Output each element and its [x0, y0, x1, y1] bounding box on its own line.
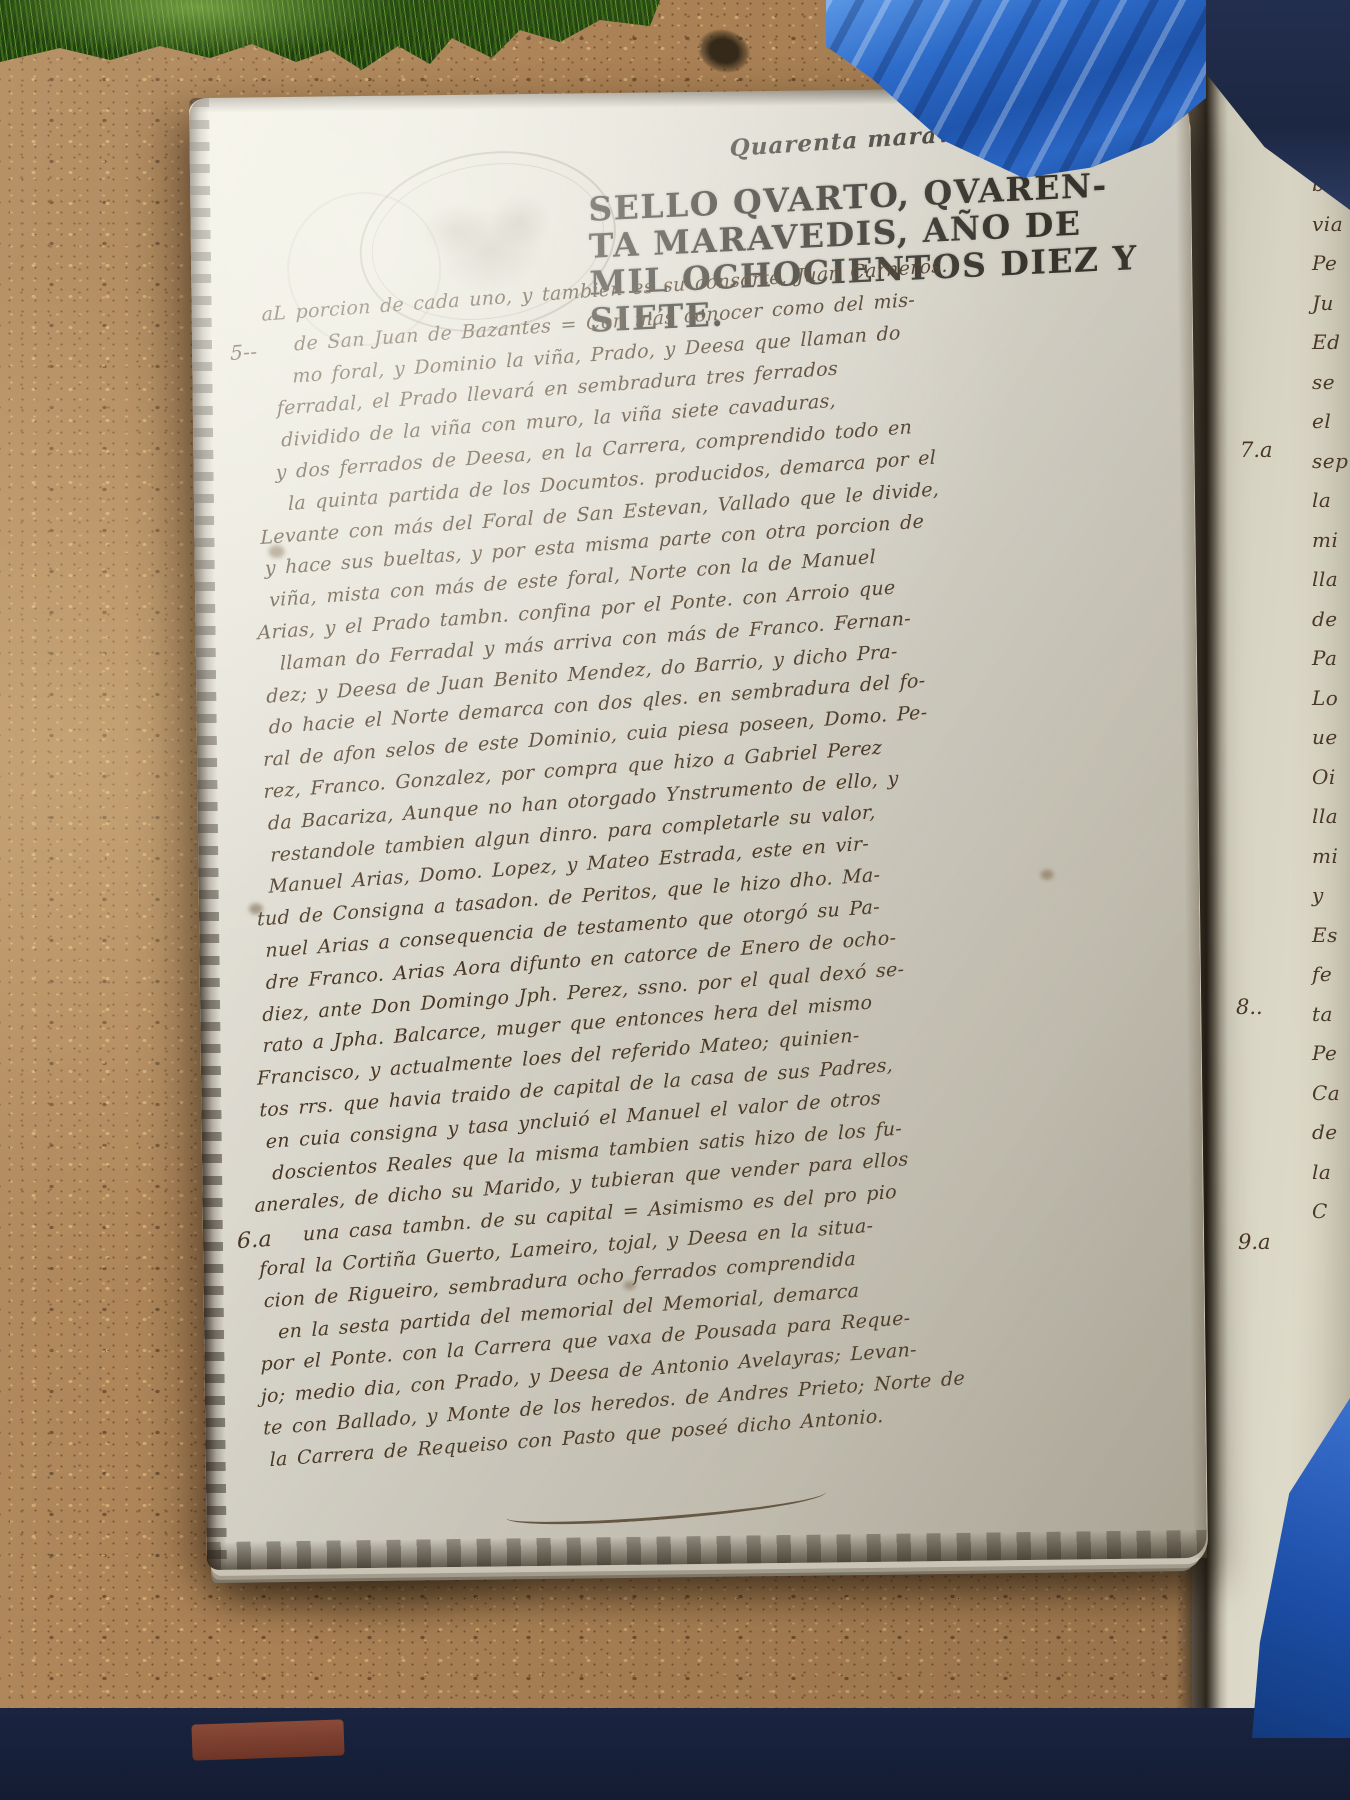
ink-stain — [249, 903, 263, 914]
folio-fragment: lla — [1312, 560, 1350, 600]
grass-strip — [0, 0, 660, 74]
margin-numeral-8: 8.. — [1236, 995, 1263, 1019]
margin-numeral-6: 6.a — [237, 1224, 272, 1258]
folio-fragment: Ju — [1312, 284, 1350, 324]
folio-fragment: fe — [1312, 955, 1350, 995]
folio-fragment: ue — [1312, 718, 1350, 758]
folio-fragment: Pe — [1312, 244, 1350, 284]
margin-numeral-5: 5-- — [230, 336, 258, 370]
folio-fragment: Pe — [1312, 1034, 1350, 1074]
folio-fragment: y — [1312, 876, 1350, 916]
red-board-edge — [191, 1719, 344, 1760]
margin-numeral-9: 9.a — [1238, 1230, 1271, 1254]
folio-fragment: el — [1312, 402, 1350, 442]
folio-fragment: via — [1312, 205, 1350, 245]
folio-fragment: Ed — [1312, 323, 1350, 363]
folio-fragment: mi — [1312, 837, 1350, 877]
manuscript-body-text: 5-- 6.a aL porcion de cada uno, y tambie… — [236, 235, 1180, 1478]
folio-fragment: de — [1312, 600, 1350, 640]
photo-of-manuscript: MaGobaviaPeJuEdseelseplamilladePaLoueOil… — [0, 0, 1350, 1800]
folio-fragment: mi — [1312, 521, 1350, 561]
folio-fragment: Es — [1312, 916, 1350, 956]
folio-fragment: C — [1312, 1192, 1350, 1232]
folio-fragment: Oi — [1312, 758, 1350, 798]
manuscript-page: Quarenta maravedis. SELLO QVARTO, QVAREN… — [189, 86, 1207, 1570]
dark-smudge — [681, 12, 767, 89]
folio-fragment: Ca — [1312, 1074, 1350, 1114]
folio-fragment: de — [1312, 1113, 1350, 1153]
folio-fragment: la — [1312, 481, 1350, 521]
margin-numeral-7: 7.a — [1240, 438, 1273, 462]
folio-fragment: Lo — [1312, 679, 1350, 719]
folio-fragment: se — [1312, 363, 1350, 403]
deckled-left-edge — [189, 98, 227, 1570]
folio-fragment: Pa — [1312, 639, 1350, 679]
next-folio-text-fragments: MaGobaviaPeJuEdseelseplamilladePaLoueOil… — [1312, 86, 1350, 1232]
folio-fragment: sep — [1312, 442, 1350, 482]
closing-flourish — [506, 1480, 826, 1530]
folio-fragment: lla — [1312, 797, 1350, 837]
folio-fragment: la — [1312, 1153, 1350, 1193]
folio-fragment: ta — [1312, 995, 1350, 1035]
